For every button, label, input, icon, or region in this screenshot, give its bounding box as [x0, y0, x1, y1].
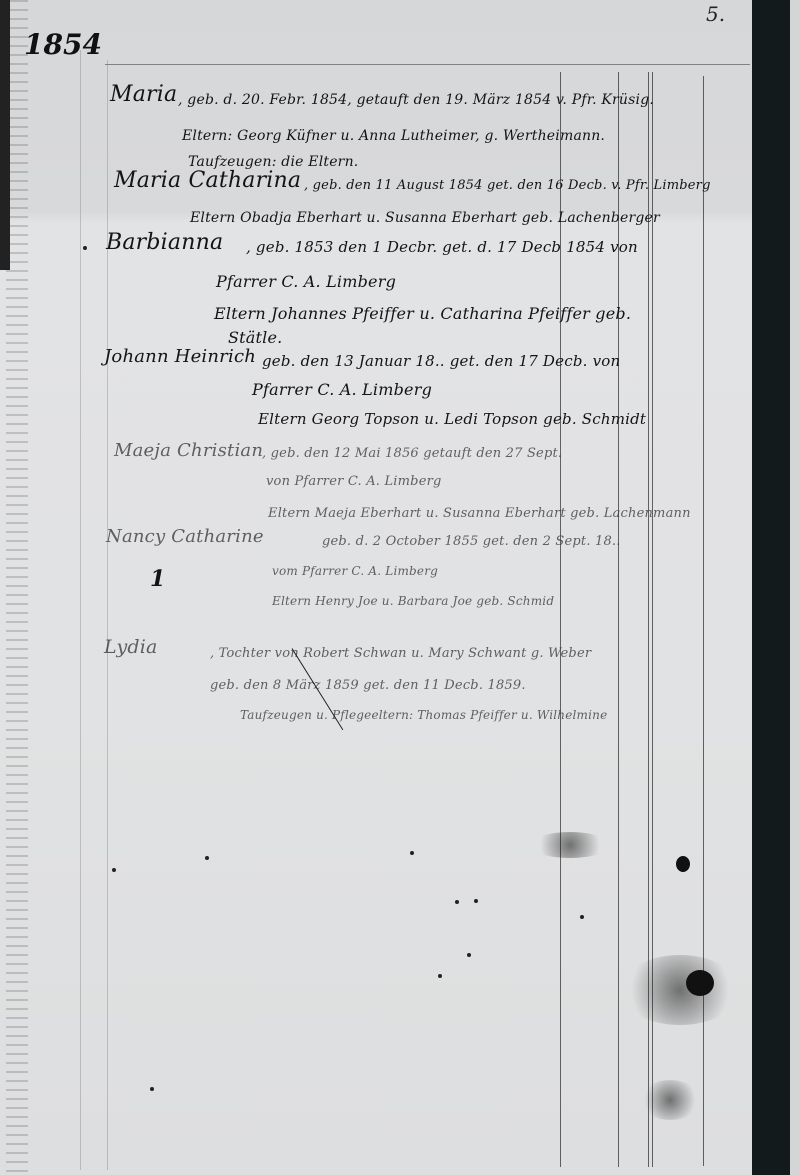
entry-line: geb. den 8 März 1859 get. den 11 Decb. 1…: [210, 678, 526, 693]
entry-line: , Tochter von Robert Schwan u. Mary Schw…: [210, 646, 591, 661]
entry-line: geb. d. 2 October 1855 get. den 2 Sept. …: [322, 534, 621, 549]
entry-line: Eltern: Georg Küfner u. Anna Lutheimer, …: [182, 128, 605, 144]
ink-blot: [686, 970, 714, 996]
speck: [205, 856, 209, 860]
speck: [410, 851, 414, 855]
speck: [474, 899, 478, 903]
speck: [150, 1087, 154, 1091]
entry-name: Nancy Catharine: [106, 526, 264, 547]
margin-mark: 1: [150, 566, 166, 592]
entry-line: Eltern Obadja Eberhart u. Susanna Eberha…: [190, 210, 660, 226]
entry-name: Maeja Christian: [114, 440, 263, 461]
register-page: 1854 5. Maria , geb. d. 20. Febr. 1854, …: [0, 0, 800, 1175]
entry-name: Maria Catharina: [114, 168, 301, 193]
header-rule: [105, 64, 750, 65]
year-heading: 1854: [24, 28, 102, 61]
entry-line: geb. den 13 Januar 18.. get. den 17 Decb…: [262, 352, 620, 370]
entry-line: , geb. den 11 August 1854 get. den 16 De…: [304, 178, 711, 193]
ink-stain: [640, 1080, 700, 1120]
entry-line: Eltern Maeja Eberhart u. Susanna Eberhar…: [268, 506, 691, 521]
scan-margin: [790, 0, 800, 1175]
margin-rule-1: [80, 50, 81, 1170]
entry-line: Stätle.: [228, 328, 282, 347]
speck: [580, 915, 584, 919]
scan-border: [752, 0, 790, 1175]
entry-line: Eltern Georg Topson u. Ledi Topson geb. …: [258, 410, 646, 428]
speck: [83, 246, 87, 250]
entry-line: Pfarrer C. A. Limberg: [216, 272, 396, 291]
page-number: 5.: [706, 2, 725, 26]
ink-blot: [676, 856, 690, 872]
entry-line: , geb. den 12 Mai 1856 getauft den 27 Se…: [262, 446, 562, 461]
entry-line: Eltern Henry Joe u. Barbara Joe geb. Sch…: [272, 594, 554, 608]
margin-rule-2: [107, 60, 108, 1170]
entry-line: Pfarrer C. A. Limberg: [252, 380, 432, 399]
ink-smudge: [530, 832, 610, 858]
entry-name: Barbianna: [106, 230, 223, 255]
speck: [112, 868, 116, 872]
entry-line: vom Pfarrer C. A. Limberg: [272, 564, 438, 578]
column-rule-1: [560, 72, 561, 1167]
column-rule-2: [618, 72, 619, 1167]
speck: [467, 953, 471, 957]
binding-speckle: [6, 0, 28, 1175]
entry-name: Johann Heinrich: [104, 346, 256, 367]
entry-line: Eltern Johannes Pfeiffer u. Catharina Pf…: [214, 304, 631, 323]
entry-name: Maria: [110, 82, 177, 107]
entry-name: Lydia: [104, 636, 158, 658]
speck: [455, 900, 459, 904]
entry-line: Taufzeugen u. Pflegeeltern: Thomas Pfeif…: [240, 708, 607, 722]
entry-line: von Pfarrer C. A. Limberg: [266, 474, 442, 489]
ink-stain: [620, 955, 740, 1025]
entry-line: , geb. d. 20. Febr. 1854, getauft den 19…: [178, 92, 654, 108]
speck: [438, 974, 442, 978]
entry-line: , geb. 1853 den 1 Decbr. get. d. 17 Decb…: [246, 238, 638, 256]
